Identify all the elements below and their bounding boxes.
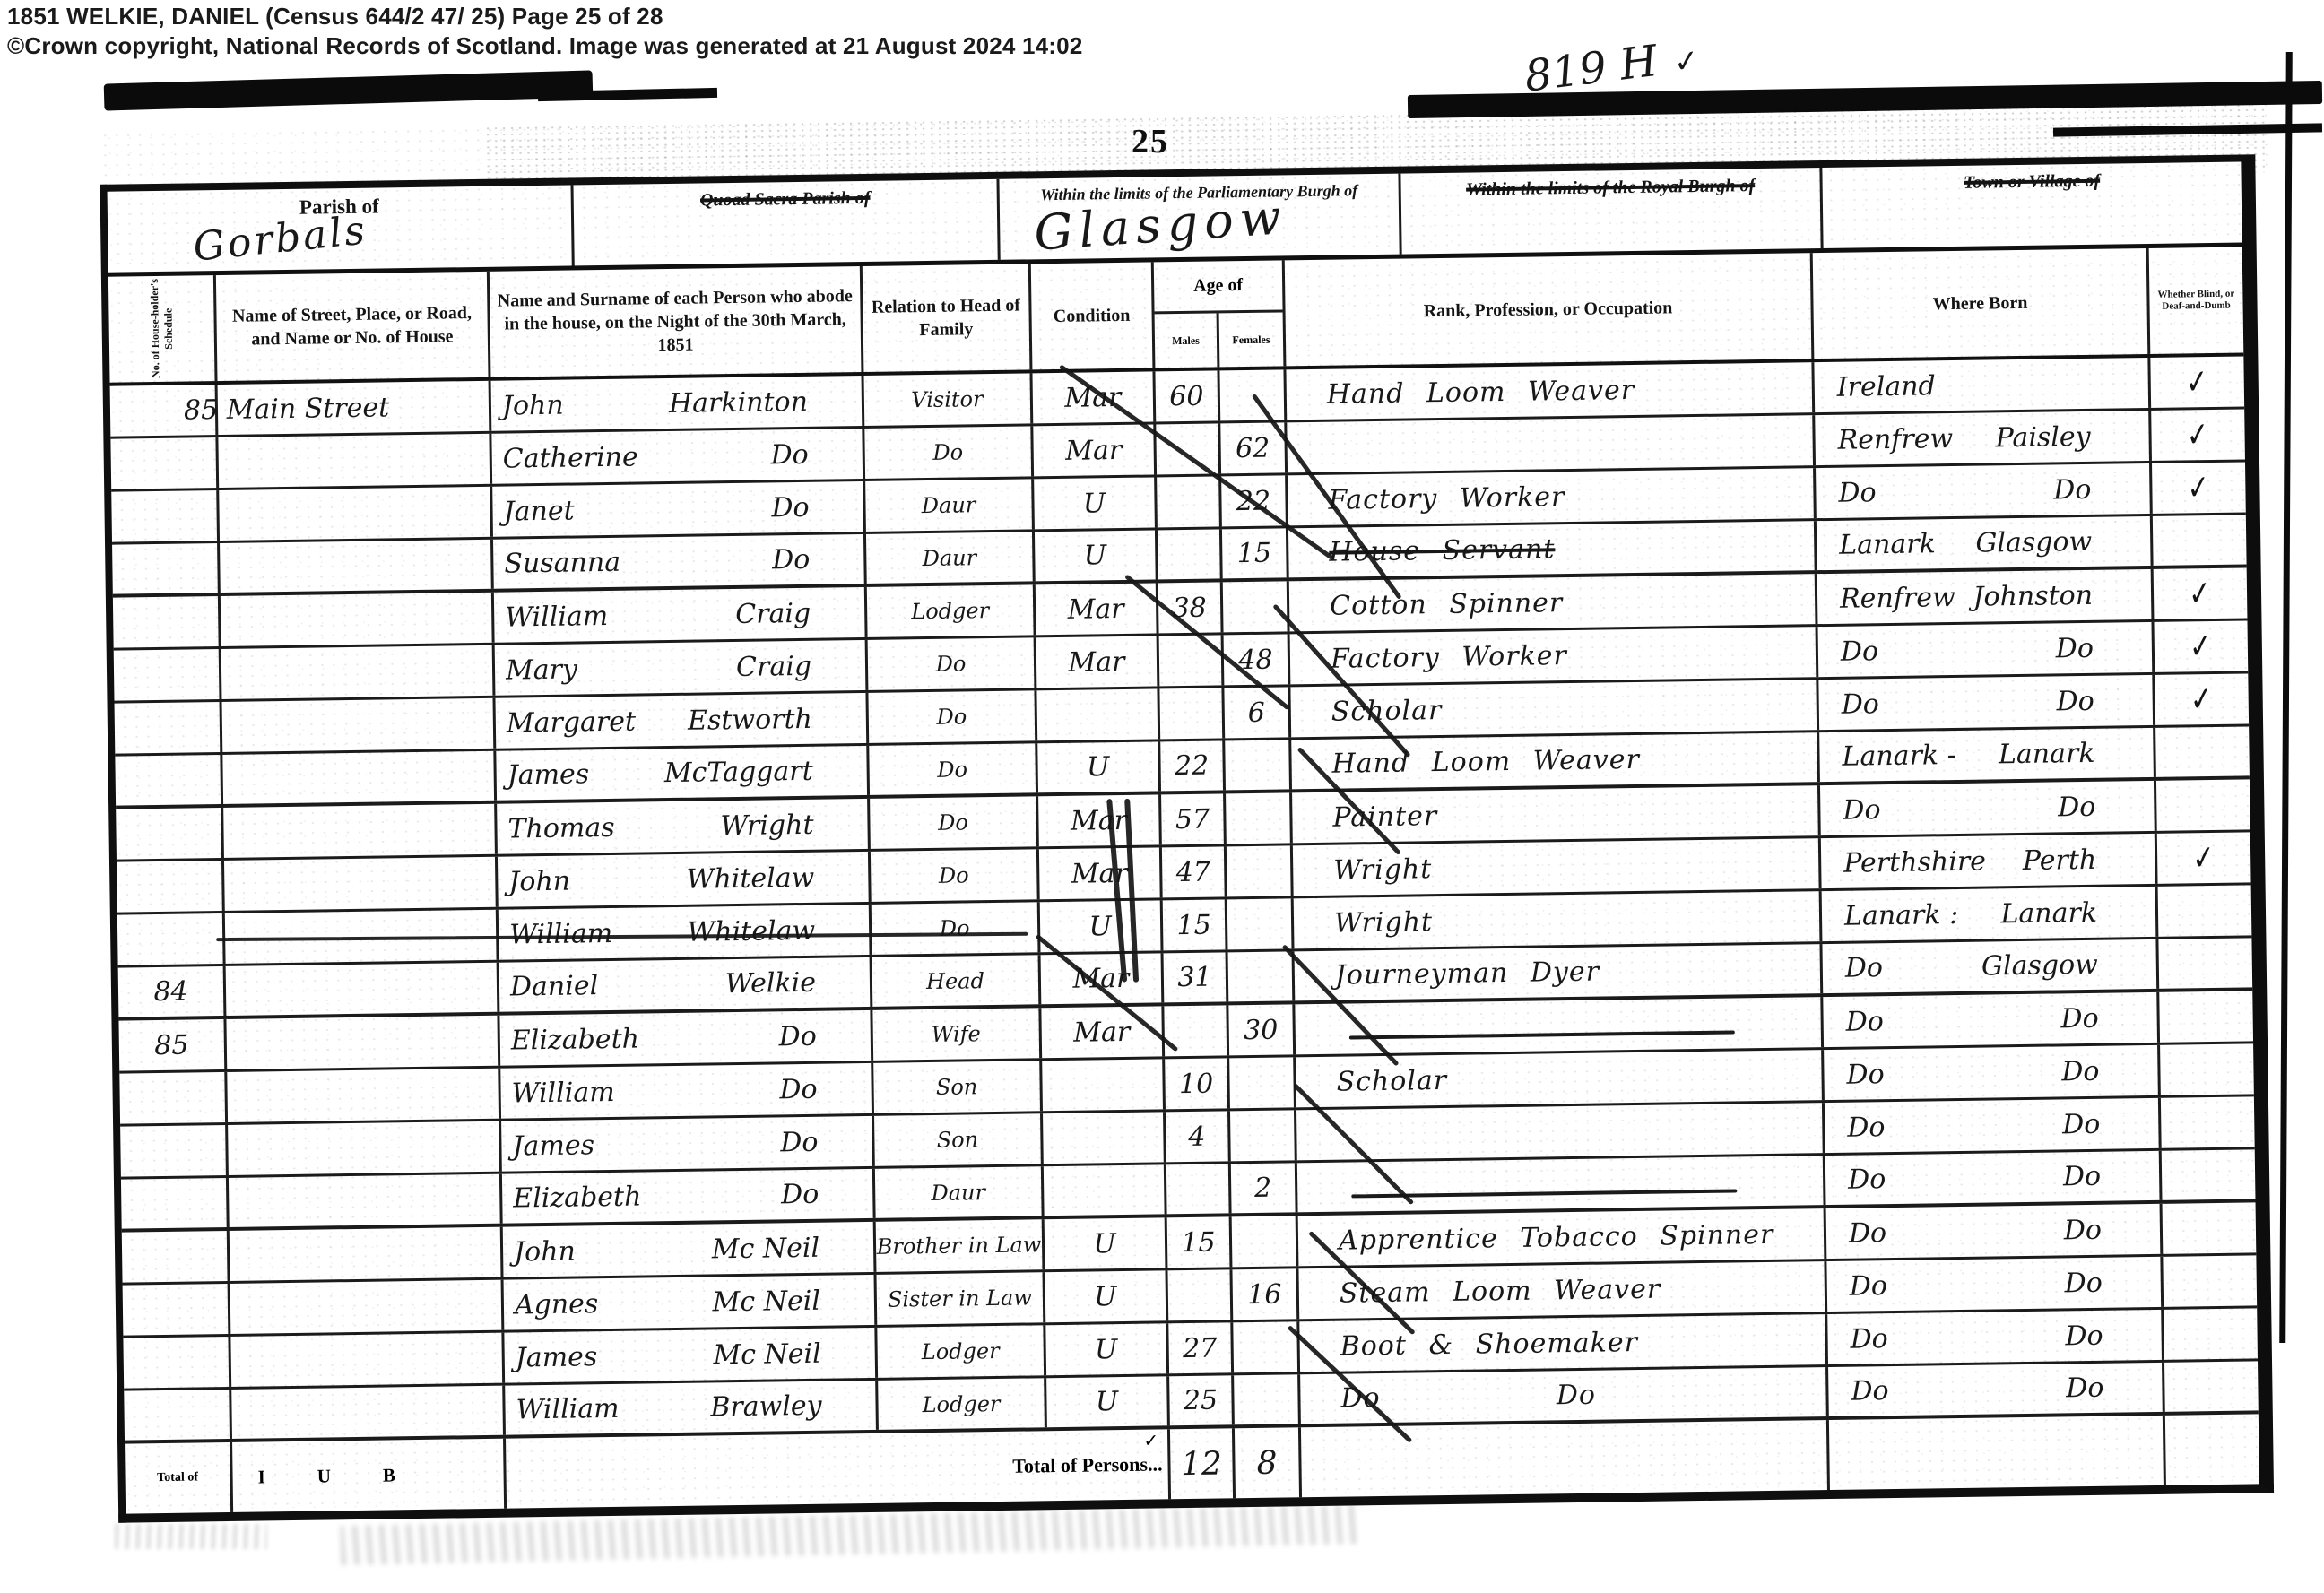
condition-text: U [1094, 1281, 1117, 1312]
check-mark: ✓ [2188, 573, 2213, 614]
relation-text: Visitor [911, 386, 984, 412]
street-cell [227, 1069, 501, 1122]
name-cell: ElizabethDo [499, 1010, 873, 1066]
royal-burgh-section: Within the limits of the Royal Burgh of [1400, 168, 1823, 255]
census-form: Parish of Gorbals Quoad Sacra Parish of … [100, 154, 2274, 1522]
letter-u: U [317, 1465, 332, 1487]
col-header-schedule: No. of House-holder's Schedule [108, 275, 218, 383]
remark-cell [2163, 1255, 2257, 1306]
name-cell: JanetDo [492, 481, 866, 537]
born-town: Do [2064, 1267, 2103, 1299]
relation-text: Son [936, 1074, 978, 1100]
total-of-cell: Total of [125, 1442, 233, 1514]
person-surname: Do [779, 1073, 818, 1105]
relation-text: Do [938, 809, 968, 835]
name-cell: JamesMcTaggart [496, 746, 870, 801]
occupation-cell: Hand Loom Weaver [1291, 732, 1820, 789]
person-surname: Craig [736, 650, 811, 682]
condition-cell: Mar [1036, 636, 1160, 688]
street-cell [230, 1333, 505, 1387]
relation-text: Head [926, 968, 984, 994]
age-males-cell [1157, 476, 1222, 527]
relation-cell: Head [872, 955, 1042, 1007]
person-forename: Agnes [515, 1288, 599, 1320]
born-cell: DoGlasgow [1822, 939, 2159, 993]
street-cell [228, 1121, 502, 1175]
condition-cell: Mar [1041, 953, 1165, 1004]
relation-cell: Do [868, 637, 1037, 690]
relation-text: Brother in Law [877, 1232, 1042, 1260]
born-cell: DoDo [1816, 463, 2153, 518]
scan-smudge [115, 1524, 267, 1549]
remark-cell [2161, 1096, 2255, 1147]
schedule-cell [119, 1072, 228, 1124]
col-header-age: Age of Males Females [1154, 260, 1287, 368]
age-females-cell [1230, 1110, 1297, 1161]
age-males-cell [1159, 635, 1225, 686]
remark-cell: ✓ [2150, 356, 2244, 407]
born-county: Do [1848, 1164, 1886, 1196]
parish-section: Parish of Gorbals [108, 185, 575, 272]
relation-text: Do [935, 651, 966, 676]
schedule-cell [117, 861, 225, 913]
age-females-cell: 48 [1224, 634, 1291, 685]
street-cell [226, 963, 500, 1016]
relation-cell: Daur [875, 1166, 1045, 1218]
relation-text: Do [939, 862, 969, 887]
born-town: Lanark [1999, 738, 2095, 770]
relation-text: Son [937, 1127, 979, 1153]
age-males: 31 [1177, 962, 1212, 994]
age-females: 6 [1248, 697, 1266, 728]
condition-cell: U [1045, 1270, 1168, 1322]
born-town: Lanark [2000, 896, 2097, 929]
age-males-cell [1156, 423, 1221, 474]
census-table-body: 85 Main StreetJohnHarkintonVisitorMar60H… [110, 356, 2259, 1443]
age-females-cell [1232, 1216, 1299, 1267]
name-cell: WilliamCraig [494, 587, 868, 643]
condition-text: U [1088, 911, 1112, 942]
born-county: Do [1850, 1270, 1888, 1303]
col-header-street: Name of Street, Place, or Road, and Name… [216, 272, 491, 381]
age-females-cell: 6 [1224, 687, 1291, 738]
relation-text: Do [940, 915, 970, 940]
age-males: 22 [1175, 750, 1210, 783]
schedule-cell [113, 596, 221, 648]
born-county: Do [1849, 1217, 1887, 1250]
total-females-cell: 8 [1235, 1427, 1302, 1498]
relation-text: Do [936, 704, 967, 729]
remark-cell: ✓ [2155, 673, 2249, 724]
age-females-cell: 2 [1231, 1163, 1298, 1213]
age-males: 4 [1188, 1121, 1206, 1152]
condition-text: Mar [1071, 857, 1128, 889]
age-males: 15 [1176, 909, 1211, 941]
born-town: Paisley [1995, 420, 2090, 453]
condition-text: Mar [1065, 434, 1122, 466]
occupation-cell: Wright [1293, 838, 1822, 896]
schedule-cell [114, 649, 222, 701]
born-county: Lanark : [1844, 898, 1959, 931]
person-forename: James [512, 1130, 594, 1162]
occupation-cell: Factory Worker [1290, 627, 1819, 684]
age-males: 47 [1175, 856, 1210, 888]
condition-text: U [1096, 1386, 1119, 1417]
ink-dash [1349, 1030, 1735, 1039]
col-header-infirm: Whether Blind, or Deaf-and-Dumb [2149, 247, 2244, 353]
col-header-name: Name and Surname of each Person who abod… [490, 266, 864, 377]
letter-b: B [383, 1464, 395, 1486]
relation-cell: Son [874, 1113, 1044, 1166]
occupation-cell: Cotton Spinner [1289, 574, 1818, 631]
born-county: Do [1847, 1112, 1886, 1144]
check-mark: ✓ [2186, 414, 2211, 455]
age-females-cell [1228, 951, 1296, 1001]
born-cell: RenfrewJohnston [1817, 569, 2155, 624]
condition-text: U [1083, 540, 1106, 571]
age-males-cell: 22 [1160, 740, 1226, 791]
relation-cell: Lodger [877, 1325, 1046, 1378]
condition-text: Mar [1073, 1016, 1130, 1048]
age-females-cell: 30 [1228, 1004, 1296, 1055]
person-forename: Catherine [503, 441, 638, 474]
born-county: Do [1841, 636, 1879, 668]
col-header-condition: Condition [1031, 262, 1156, 369]
schedule-cell [123, 1284, 231, 1336]
relation-cell: Do [864, 426, 1034, 479]
street-cell [222, 751, 497, 804]
born-town: Do [2064, 1214, 2103, 1246]
born-cell: DoDo [1820, 781, 2157, 835]
person-forename: Mary [506, 654, 577, 686]
relation-cell: Daur [866, 532, 1036, 584]
person-forename: Janet [503, 495, 575, 527]
condition-cell [1042, 1059, 1166, 1111]
street-cell [231, 1386, 506, 1439]
born-county: Do [1851, 1375, 1889, 1407]
occupation-cell: Hand Loom Weaver [1286, 362, 1815, 420]
total-males-cell: 12 [1170, 1428, 1236, 1499]
occupation-cell: Journeyman Dyer [1295, 944, 1824, 1000]
footer-empty-cell [1829, 1416, 2166, 1490]
remark-cell [2156, 779, 2250, 830]
name-cell: JohnWhitelaw [498, 852, 871, 907]
occupation-text: Scholar [1331, 695, 1443, 728]
age-females-cell [1225, 740, 1292, 790]
occupation-text: Painter [1332, 801, 1437, 834]
street-cell [224, 857, 499, 911]
remark-cell [2162, 1149, 2256, 1199]
age-males-cell: 31 [1164, 952, 1229, 1002]
age-males: 15 [1181, 1226, 1216, 1259]
born-town: Do [2063, 1161, 2102, 1193]
born-cell: Lanark :Lanark [1822, 887, 2159, 941]
street-cell: 85 Main Street [218, 381, 492, 435]
name-cell: MargaretEstworth [495, 693, 869, 749]
page-title: 1851 WELKIE, DANIEL (Census 644/2 47/ 25… [7, 2, 1082, 31]
col-header-relation: Relation to Head of Family [863, 264, 1033, 372]
schedule-cell [115, 755, 223, 806]
person-forename: James [507, 758, 589, 791]
born-cell: PerthshirePerth [1821, 834, 2158, 888]
condition-cell [1036, 688, 1160, 740]
check-mark: ✓ [2190, 679, 2215, 720]
age-males-cell: 25 [1169, 1375, 1235, 1425]
occupation-cell: Wright [1294, 891, 1823, 948]
person-surname: Whitelaw [687, 914, 815, 948]
total-persons-label: Total of Persons... [1012, 1452, 1163, 1477]
relation-cell: Do [870, 796, 1039, 849]
person-forename: John [508, 865, 570, 897]
street-cell [221, 593, 495, 646]
remark-cell [2164, 1361, 2259, 1411]
name-cell: AgnesMc Neil [504, 1275, 878, 1330]
person-forename: Margaret [507, 706, 637, 739]
name-cell: WilliamWhitelaw [499, 905, 872, 960]
born-town: Do [2061, 1055, 2100, 1087]
person-forename: John [514, 1235, 576, 1268]
born-cell: DoDo [1826, 1204, 2164, 1259]
relation-cell: Son [873, 1061, 1043, 1113]
occupation-text: Factory Worker [1328, 481, 1565, 516]
person-surname: Mc Neil [712, 1285, 820, 1318]
scan-artifact [104, 70, 594, 110]
relation-text: Daur [922, 492, 976, 518]
check-mark: ✓ [2186, 467, 2211, 508]
check-mark: ✓ [2185, 361, 2210, 403]
col-header-occupation: Rank, Profession, or Occupation [1285, 253, 1815, 366]
person-forename: William [509, 917, 613, 950]
age-females: 16 [1247, 1278, 1282, 1311]
born-cell: DoDo [1825, 1151, 2163, 1205]
iub-cell: I U B [232, 1439, 507, 1512]
condition-cell [1044, 1164, 1167, 1216]
remark-cell [2155, 726, 2250, 776]
condition-text: Mar [1071, 804, 1127, 836]
relation-cell: Lodger [878, 1378, 1047, 1430]
condition-text: U [1095, 1334, 1118, 1365]
condition-cell: Mar [1033, 424, 1157, 476]
schedule-cell: 84 [118, 966, 227, 1017]
occupation-text: Factory Worker [1331, 640, 1567, 675]
occupation-cell: Steam Loom Weaver [1298, 1261, 1827, 1319]
person-surname: Craig [735, 597, 811, 629]
age-females-cell: 16 [1232, 1268, 1299, 1320]
born-town: Do [2058, 791, 2096, 823]
occupation-cell [1287, 415, 1816, 472]
born-town: Glasgow [1981, 949, 2098, 983]
relation-text: Daur [931, 1180, 985, 1206]
name-cell: ElizabethDo [502, 1169, 876, 1224]
born-town: Perth [2023, 844, 2097, 876]
street-cell [218, 434, 492, 488]
person-surname: Do [780, 1126, 819, 1158]
relation-text: Daur [922, 545, 976, 571]
born-cell: DoDo [1825, 1098, 2162, 1153]
occupation-cell: Scholar [1296, 1050, 1825, 1107]
age-females-cell [1234, 1374, 1301, 1424]
person-surname: Whitelaw [686, 861, 814, 895]
condition-text: U [1087, 751, 1110, 783]
name-cell: WilliamDo [500, 1063, 874, 1119]
remark-cell: ✓ [2151, 409, 2245, 460]
schedule-cell [112, 543, 221, 594]
age-females: 2 [1254, 1173, 1272, 1204]
born-county: Do [1845, 1006, 1884, 1038]
born-cell: DoDo [1828, 1363, 2165, 1416]
relation-cell: Wife [872, 1008, 1042, 1061]
quoad-sacra-label: Quoad Sacra Parish of [574, 186, 997, 213]
occupation-text: Hand Loom Weaver [1327, 374, 1635, 410]
town-village-label: Town or Village of [1822, 169, 2241, 195]
person-surname: Wright [720, 809, 813, 841]
person-forename: William [511, 1076, 615, 1109]
person-surname: Harkinton [669, 385, 808, 419]
street-cell [219, 487, 493, 541]
relation-cell: Do [871, 849, 1040, 902]
condition-cell: U [1037, 741, 1161, 792]
age-females-cell [1226, 792, 1293, 844]
name-cell: CatherineDo [491, 429, 865, 484]
street-cell [226, 1016, 500, 1069]
occupation-text: Journeyman Dyer [1335, 957, 1600, 991]
relation-text: Lodger [922, 1390, 1000, 1416]
name-cell: DanielWelkie [499, 957, 873, 1012]
check-icon: ✓ [1671, 42, 1701, 81]
age-males: 25 [1184, 1385, 1218, 1417]
age-males: 60 [1169, 380, 1204, 412]
scan-artifact [2279, 52, 2293, 1343]
street-cell [220, 540, 494, 593]
occupation-text: Cotton Spinner [1330, 587, 1564, 622]
occupation-cell: Boot & Shoemaker [1299, 1314, 1828, 1372]
condition-cell: U [1045, 1217, 1168, 1269]
person-forename: Elizabeth [511, 1023, 640, 1056]
street-cell [222, 698, 497, 752]
condition-text: U [1093, 1228, 1116, 1260]
born-cell: Lanark -Lanark [1819, 728, 2156, 782]
person-forename: James [516, 1341, 598, 1373]
born-town: Do [2060, 1002, 2099, 1035]
occupation-text: Boot & Shoemaker [1340, 1327, 1638, 1363]
schedule-cell [116, 808, 224, 860]
relation-cell: Sister in Law [877, 1272, 1046, 1325]
remark-cell [2153, 515, 2247, 565]
born-cell: DoDo [1818, 675, 2155, 730]
check-icon: ✓ [1143, 1429, 1158, 1450]
schedule-cell [124, 1390, 232, 1441]
born-town: Do [2056, 685, 2094, 717]
col-header-schedule-text: No. of House-holder's Schedule [147, 279, 176, 379]
person-surname: Estworth [688, 703, 812, 736]
remark-cell: ✓ [2154, 620, 2248, 671]
age-females-cell [1229, 1057, 1296, 1108]
condition-text: Mar [1067, 593, 1123, 625]
born-county: Do [1841, 688, 1879, 721]
age-males-cell: 15 [1167, 1216, 1233, 1268]
relation-cell: Do [869, 743, 1038, 795]
occupation-text: Wright [1334, 906, 1433, 939]
person-forename: Thomas [507, 811, 615, 844]
footer-empty-cell [1301, 1420, 1830, 1497]
total-persons-cell: ✓ Total of Persons... [506, 1429, 1171, 1508]
condition-cell: U [1034, 477, 1158, 529]
age-females-cell: 15 [1222, 528, 1289, 578]
street-cell [229, 1174, 503, 1227]
age-males-cell: 57 [1161, 793, 1227, 844]
remark-cell: ✓ [2157, 832, 2251, 883]
name-cell: SusannaDo [493, 534, 867, 589]
condition-cell: U [1045, 1323, 1169, 1375]
age-males-cell: 27 [1168, 1322, 1234, 1373]
person-surname: Mc Neil [712, 1232, 820, 1265]
remark-cell [2158, 885, 2252, 936]
relation-cell: Do [871, 902, 1041, 955]
born-cell: DoDo [1818, 622, 2155, 677]
total-of-label: Total of [152, 1470, 203, 1486]
age-males-cell: 60 [1155, 370, 1220, 421]
person-surname: Do [772, 544, 811, 576]
occupation-text: Scholar [1336, 1064, 1447, 1097]
quoad-sacra-section: Quoad Sacra Parish of [574, 179, 1001, 266]
born-cell: DoDo [1827, 1310, 2164, 1364]
parliamentary-burgh-section: Within the limits of the Parliamentary B… [999, 174, 1401, 260]
person-forename: John [502, 389, 564, 421]
born-cell: LanarkGlasgow [1817, 516, 2154, 570]
schedule-cell [115, 702, 223, 754]
born-town: Do [2062, 1108, 2101, 1140]
street-text: 85 Main Street [184, 392, 390, 426]
age-females: 62 [1236, 432, 1270, 464]
street-cell [221, 645, 496, 699]
relation-text: Do [937, 757, 967, 782]
relation-cell: Lodger [867, 584, 1036, 637]
condition-text: U [1083, 488, 1106, 519]
schedule-cell [122, 1231, 230, 1283]
born-cell: DoDo [1823, 992, 2160, 1047]
name-cell: JohnMc Neil [503, 1222, 877, 1277]
person-surname: Brawley [710, 1390, 822, 1424]
born-county: Do [1845, 952, 1884, 984]
royal-burgh-label: Within the limits of the Royal Burgh of [1401, 175, 1820, 202]
check-mark: ✓ [2191, 837, 2216, 879]
condition-cell: Mar [1041, 1006, 1165, 1058]
born-town: Do [2065, 1320, 2103, 1352]
occupation-text: Hand Loom Weaver [1331, 744, 1640, 780]
age-males-cell: 4 [1166, 1111, 1231, 1162]
occupation-text: Apprentice Tobacco Spinner [1339, 1218, 1774, 1256]
born-county: Renfrew [1840, 581, 1955, 614]
age-of-label: Age of [1154, 260, 1283, 314]
relation-text: Sister in Law [888, 1285, 1032, 1312]
born-cell: Ireland [1814, 358, 2151, 412]
born-town: Do [2053, 473, 2092, 506]
schedule-number: 84 [153, 976, 188, 1009]
schedule-cell: 85 [118, 1019, 227, 1071]
remark-cell [2158, 938, 2252, 988]
schedule-cell [110, 437, 219, 489]
person-surname: Do [771, 491, 810, 524]
relation-text: Do [932, 439, 963, 464]
age-males-cell: 15 [1163, 899, 1228, 950]
born-town: Do [2066, 1372, 2104, 1405]
age-males-cell [1167, 1269, 1233, 1320]
born-cell: DoDo [1826, 1257, 2164, 1312]
age-males-cell [1158, 529, 1223, 579]
age-females-cell [1227, 898, 1295, 949]
occupation-cell: Factory Worker [1288, 468, 1817, 525]
person-forename: William [505, 600, 609, 633]
